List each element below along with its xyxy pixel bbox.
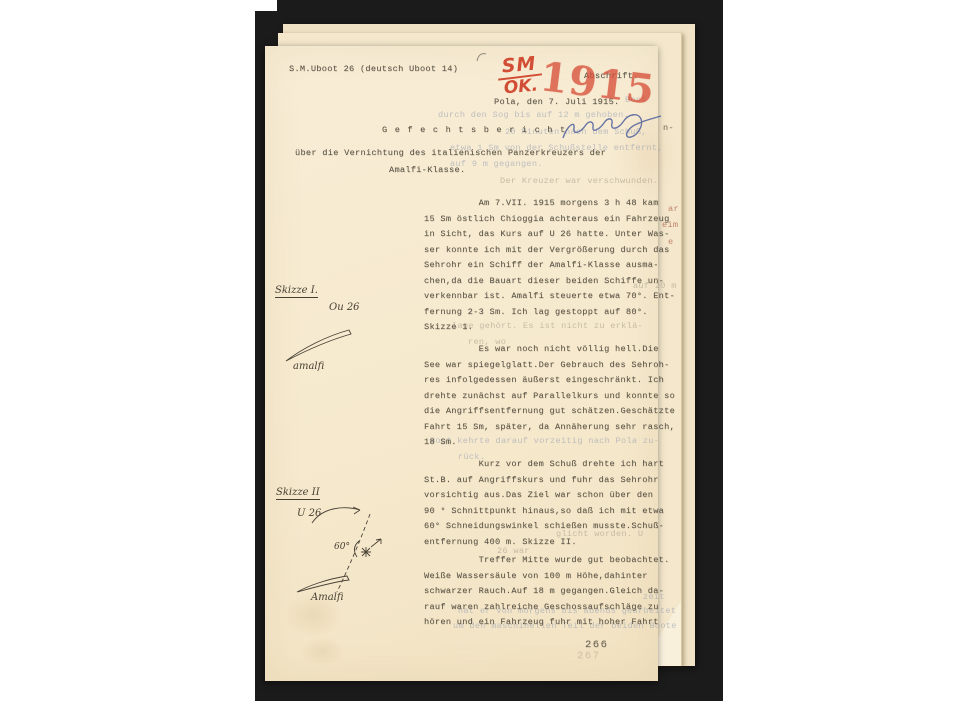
text-line: die Angriffsentfernung gut schätzen.Gesc… [424,404,675,420]
text-line: chen,da die Bauart dieser beiden Schiffe… [424,274,675,290]
edge-text-fragment: eim [662,220,678,230]
text-line: in Sicht, das Kurs auf U 26 hatte. Unter… [424,227,675,243]
text-line: 90 ° Schnittpunkt hinaus,so daß ich mit … [424,504,664,520]
paper-stain [300,636,344,666]
text-line: res infolgedessen äußerst eingeschränkt.… [424,373,675,389]
text-line: 15 Sm östlich Chioggia achteraus ein Fah… [424,212,675,228]
text-line: Skizze 1. [424,320,675,336]
scanned-document-photo: durch den Sog bis auf 12 m gehoben. 20 M… [0,0,957,701]
text-line: hören und ein Fahrzeug fuhr mit hoher Fa… [424,615,670,631]
report-subtitle-line1: über die Vernichtung des italienischen P… [295,148,606,158]
text-line: Kurz vor dem Schuß drehte ich hart [424,457,664,473]
edge-text-fragment: n- [663,123,674,133]
paragraph-1: Am 7.VII. 1915 morgens 3 h 48 kam 15 Sm … [424,196,675,336]
text-line: Treffer Mitte wurde gut beobachtet. [424,553,670,569]
boat-designation: S.M.Uboot 26 (deutsch Uboot 14) [289,64,458,74]
text-line: Es war noch nicht völlig hell.Die [424,342,675,358]
sketch2-angle-label: 60° [334,542,350,552]
report-title: G e f e c h t s b e r i c h t [382,125,566,135]
edge-text-fragment: ar [668,204,679,214]
text-line: drehte zunächst auf Parallelkurs und kon… [424,389,675,405]
text-line: fernung 2-3 Sm. Ich lag gestoppt auf 80°… [424,305,675,321]
sketch1-u26-mark: Ou 26 [329,302,360,313]
text-line: 18 Sm. [424,435,675,451]
sketch2-u26-mark: U 26 [297,508,321,519]
bleedthrough-line: Der Kreuzer war verschwunden. [500,176,658,186]
report-subtitle-line2: Amalfi-Klasse. [389,165,465,175]
text-line: ser konnte ich mit der Vergrößerung durc… [424,243,675,259]
text-line: 60° Schneidungswinkel schießen musste.Sc… [424,519,664,535]
paragraph-2: Es war noch nicht völlig hell.Die See wa… [424,342,675,451]
text-line: Fahrt 15 Sm, später, da Annäherung sehr … [424,420,675,436]
sketch2-amalfi-label: Amalfi [311,592,344,603]
text-line: entfernung 400 m. Skizze II. [424,535,664,551]
text-line: rauf waren zahlreiche Geschossaufschläge… [424,600,670,616]
sketch1-amalfi-label: amalfi [293,361,324,372]
sketch1-label: Skizze I. [275,285,318,298]
paragraph-4: Treffer Mitte wurde gut beobachtet. Weiß… [424,553,670,631]
text-line: See war spiegelglatt.Der Gebrauch des Se… [424,358,675,374]
sketch2-label: Skizze II [276,487,320,500]
text-line: St.B. auf Angriffskurs und fuhr das Sehr… [424,473,664,489]
edge-text-fragment: e [668,237,673,247]
scan-backdrop-top [277,0,723,12]
text-line: Am 7.VII. 1915 morgens 3 h 48 kam [424,196,675,212]
text-line: Sehrohr ein Schiff der Amalfi-Klasse aus… [424,258,675,274]
text-line: verkennbar ist. Amalfi steuerte etwa 70°… [424,289,675,305]
text-line: vorsichtig aus.Das Ziel war schon über d… [424,488,664,504]
text-line: schwarzer Rauch.Auf 18 m gegangen.Gleich… [424,584,670,600]
verso-page-number: 267 [577,650,600,662]
paragraph-3: Kurz vor dem Schuß drehte ich hart St.B.… [424,457,664,550]
text-line: Weiße Wassersäule von 100 m Höhe,dahinte… [424,569,670,585]
page-number: 266 [585,639,608,651]
bleedthrough-line: durch den Sog bis auf 12 m gehoben. [438,110,629,120]
